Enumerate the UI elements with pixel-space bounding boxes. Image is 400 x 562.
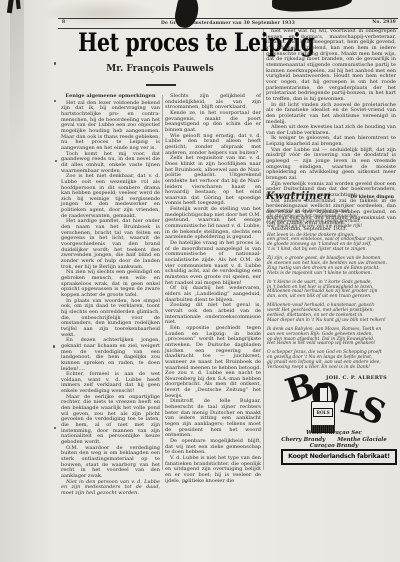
scan-speck [53, 345, 55, 348]
paragraph: Feitelijk wordt de stelling van het mede… [165, 207, 261, 241]
article-column-1: Eenige algemeene opmerkingen Het zal den… [61, 94, 160, 497]
bottle-base-hatching [311, 425, 335, 432]
paragraph-italic: Niet in den persoon van v. d. Lubbe en z… [61, 480, 160, 497]
scan-speck [54, 62, 56, 65]
article-column-3: niet weet wat hij wil, voortwielt in onb… [266, 29, 396, 233]
paragraph: De hatelijke vraag in het proces is, of … [165, 241, 261, 286]
byline-divider [146, 84, 176, 86]
ad-product: Menthe Glaciale [337, 437, 386, 444]
column-rule [263, 28, 264, 470]
newspaper-page: 8 De Groene Amsterdammer van 30 Septembe… [0, 0, 400, 562]
poem-stanza: Zij zijn, o groote geest, de blaadjes va… [267, 257, 395, 276]
bottle-label: BOLS [313, 408, 333, 417]
column-rule [162, 95, 163, 470]
paragraph: De openbare mogelijkheid blijft, dat wij… [165, 439, 261, 456]
paragraph: Nu zien wij slechts een geëindigd en geb… [61, 270, 160, 298]
paragraph: Toch komt het mij voor, dat gaandeweg re… [61, 152, 160, 175]
header-rule-top [58, 18, 398, 19]
poem-stanza: Millioenen-voud herhaald, o kunstenaar, … [267, 304, 395, 323]
poem-body: Gegroet zijt gij de kleine dag-muziek, a… [267, 210, 395, 381]
scan-blob-artifact [272, 0, 353, 12]
ad-product-line: Cherry BrandyMenthe Glaciale [272, 437, 396, 444]
paragraph: Zoo is het niet denkbaar, dat v. d. Lubb… [61, 174, 160, 219]
paragraph: In plaats van woorden, hoe simpel ook, o… [61, 299, 160, 339]
poem-stanza: O schepper Jezus, die van God en Scheppi… [267, 351, 395, 370]
poem-stanza: Het leven is: de kleine donkere dingen, … [267, 234, 395, 253]
paragraph: Maar de eerlijke en onpartijdige rechter… [61, 395, 160, 446]
poem-stanza: Gegroet zijt gij de kleine dag-muziek, a… [267, 210, 395, 229]
poem-stanza: Ik denk aan Babylon, aan Mozes, Ramses, … [267, 328, 395, 347]
paragraph: Echter, formeel is aan de wet voldaan, w… [61, 372, 160, 395]
paragraph: Eén oppositie geschiedt tegen Londen en … [165, 326, 261, 400]
paragraph: En dezen achterlijken jongen, geknakt na… [61, 338, 160, 372]
poem-subtitle: De kleine dingen [266, 195, 394, 200]
paragraph: Dimitroff, de felle Bulgaar, beheerscht … [165, 399, 261, 439]
poem-stanza: In 't kleine is de vaart, in 't korte Go… [267, 281, 395, 300]
ad-slogan-box: Koopt Nederlandsch fabrikaat! [281, 449, 397, 465]
paragraph: Het zal den lezer voldoende bekend zijn … [61, 101, 160, 152]
scan-speck [54, 100, 56, 102]
paragraph: Zoolang dit niet het geval is, vervalt o… [165, 303, 261, 326]
paragraph: V. d. Lubbe is niet het type van den fan… [165, 456, 261, 484]
scan-speck [55, 160, 57, 162]
article-headline: Het proces te Leipzig [78, 28, 242, 57]
paragraph: niet weet wat hij wil, voortwielt in onb… [266, 29, 396, 103]
article-author: Mr. François Pauwels [60, 64, 260, 74]
scan-speck [54, 427, 56, 429]
scan-smudge [10, 0, 24, 150]
paragraph: In dit licht vinden zich zoowel de prole… [266, 103, 396, 126]
paragraph: O.M. waardoor de verdediging buiten den … [61, 446, 160, 480]
ad-product: Cherry Brandy [281, 437, 325, 444]
paragraph: Kende ze, in het voorportaal der gevange… [165, 111, 261, 134]
scan-speck [185, 481, 187, 483]
scan-blob-artifact [15, 0, 20, 9]
paragraph: Slechts zijn gelijkheid of onduidelijkhe… [165, 94, 261, 111]
paragraph: Zelfs het requisitoir van mr. v. d. Does… [165, 156, 261, 207]
paragraph: Wie gelooft nog ernstig, dat v. d. Lubbe… [165, 134, 261, 157]
paragraph: Het aardige pamflet, dat hier onder den … [61, 219, 160, 270]
section-header: Eenige algemeene opmerkingen [61, 94, 160, 100]
paragraph: Of bij daarbij het wedervaren, elders al… [165, 286, 261, 303]
issue-number: No. 2939 [336, 20, 396, 25]
paragraph: Van der Lubbe zal — onduidelijk blijft, … [266, 148, 396, 182]
article-column-2: Slechts zijn gelijkheid of onduidelijkhe… [165, 94, 261, 484]
